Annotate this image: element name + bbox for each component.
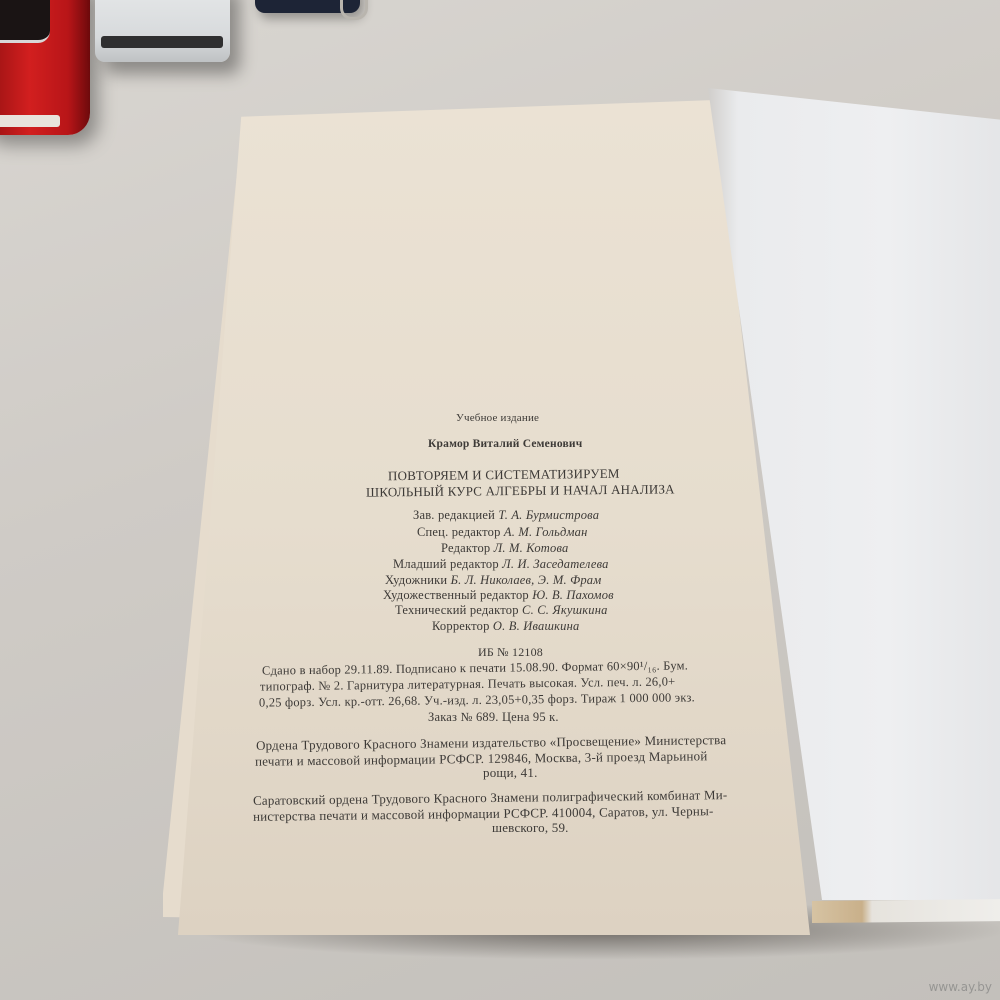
blue-toy-car [255,0,360,13]
car-bumper [0,115,60,127]
white-toy-car [95,0,230,62]
car-grille [101,36,223,48]
watermark: www.ay.by [929,980,992,994]
car-windshield [0,0,50,43]
metal-hook [340,0,368,20]
book-spine-edge [812,899,1000,923]
red-toy-car [0,0,90,135]
left-page [178,100,810,935]
